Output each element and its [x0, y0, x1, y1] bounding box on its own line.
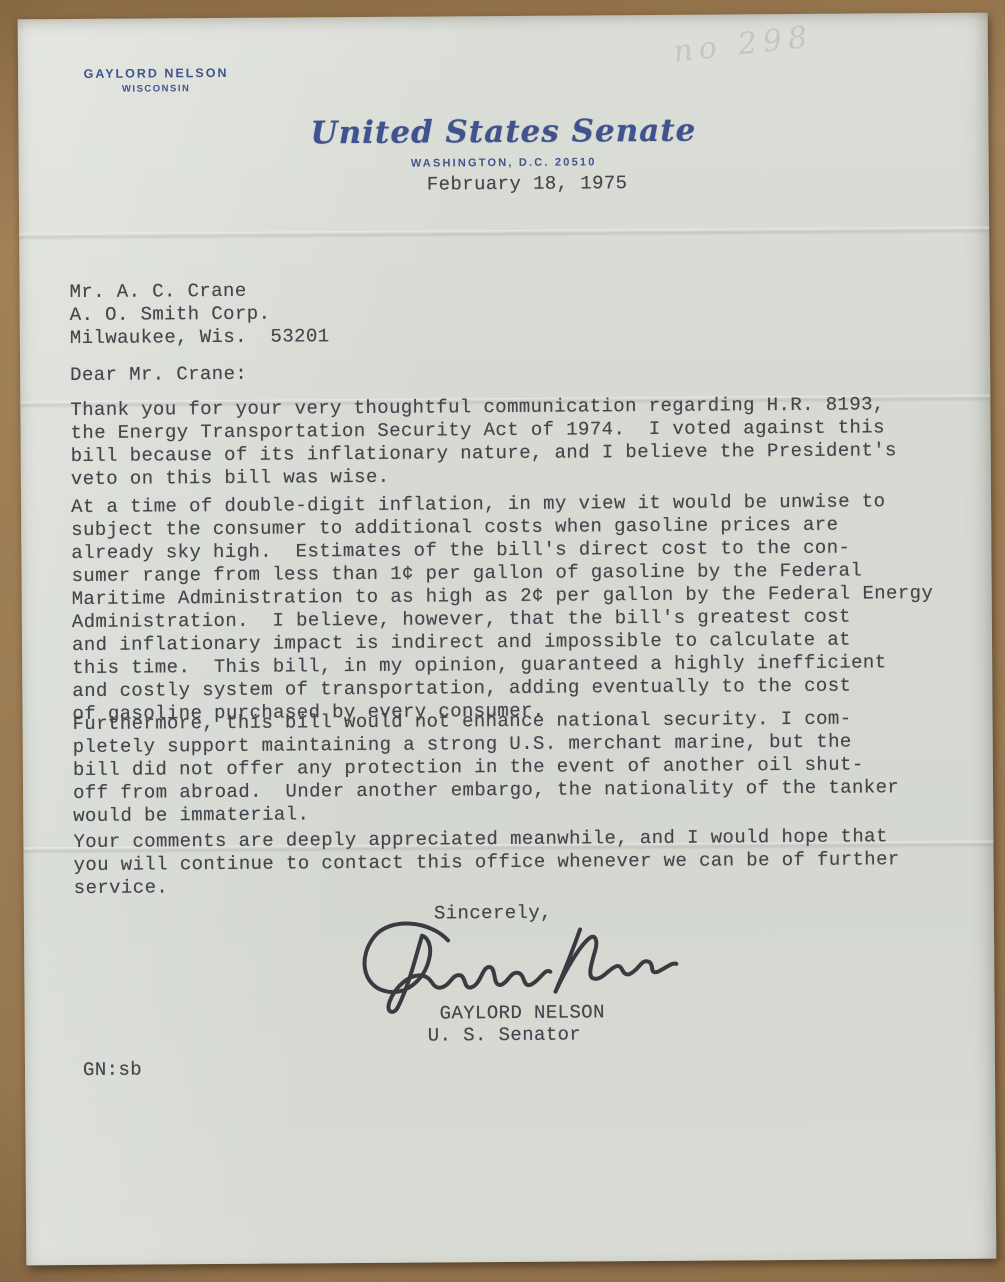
sender-name: GAYLORD NELSON: [66, 66, 246, 81]
letterhead-title: United States Senate: [18, 111, 988, 154]
paragraph-1: Thank you for your very thoughtful commu…: [70, 393, 897, 491]
signer-name: GAYLORD NELSON: [440, 1001, 605, 1025]
letterhead-sender-block: GAYLORD NELSON WISCONSIN: [66, 66, 246, 95]
pencil-note: no 298: [672, 9, 904, 69]
recipient-address: Mr. A. C. Crane A. O. Smith Corp. Milwau…: [69, 279, 329, 350]
letterhead-address: WASHINGTON, D.C. 20510: [19, 154, 989, 173]
paragraph-4: Your comments are deeply appreciated mea…: [73, 825, 900, 900]
fold-crease-top: [19, 227, 989, 241]
typist-initials: GN:sb: [83, 1059, 142, 1082]
salutation: Dear Mr. Crane:: [70, 363, 247, 387]
letter-date: February 18, 1975: [427, 172, 628, 196]
signer-title: U. S. Senator: [428, 1023, 582, 1047]
paragraph-3: Furthermore, this bill would not enhance…: [73, 707, 900, 828]
letterhead-center-block: United States Senate WASHINGTON, D.C. 20…: [18, 111, 988, 173]
paragraph-2: At a time of double-digit inflation, in …: [71, 490, 934, 726]
sender-state: WISCONSIN: [66, 83, 246, 95]
letter-paper: no 298 GAYLORD NELSON WISCONSIN United S…: [18, 13, 997, 1266]
